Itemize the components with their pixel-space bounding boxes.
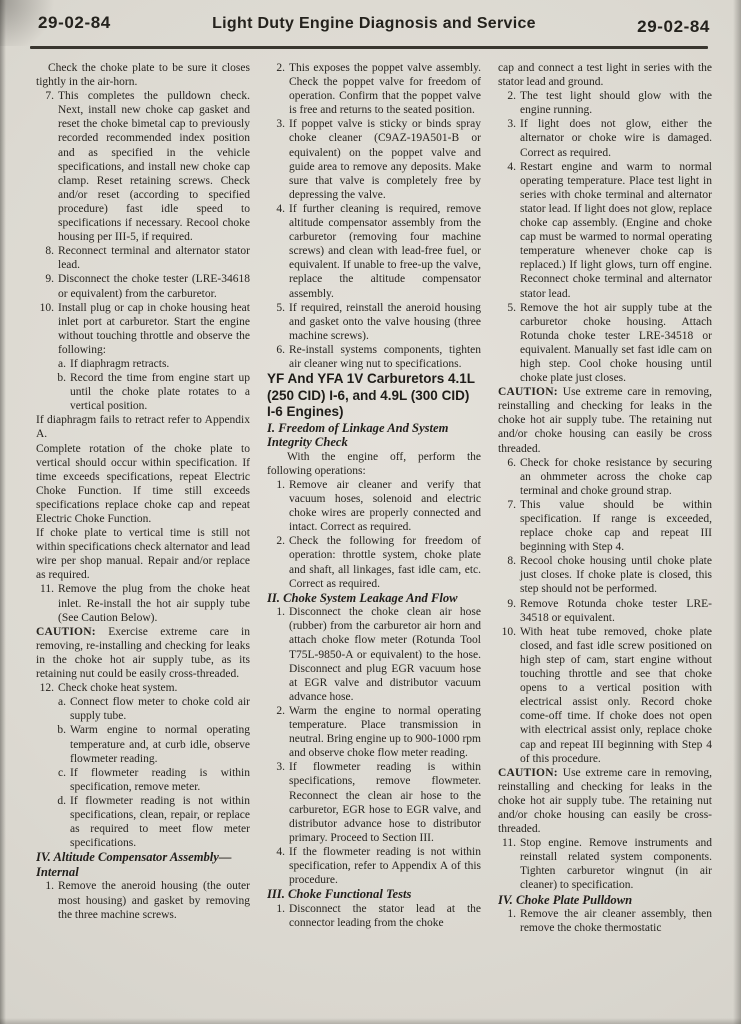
list-text: Remove air cleaner and verify that vacuu…	[289, 478, 481, 534]
list-number: d.	[53, 794, 70, 808]
list-item: 4.If further cleaning is required, remov…	[267, 202, 481, 301]
list-item: 8.Reconnect terminal and alternator stat…	[36, 244, 250, 272]
list-text: Warm the engine to normal operating temp…	[289, 704, 481, 760]
list-number: 3.	[498, 117, 520, 131]
sub-list-item: a.If diaphragm retracts.	[53, 357, 250, 371]
list-number: 11.	[36, 582, 58, 596]
list-item: 1.Remove the aneroid housing (the outer …	[36, 879, 250, 921]
list-text: Check choke heat system.	[58, 681, 250, 695]
list-text: Record the time from engine start up unt…	[70, 371, 250, 413]
list-item: 6.Re-install systems components, tighten…	[267, 343, 481, 371]
text-column-2: 2.This exposes the poppet valve assembly…	[267, 61, 481, 1013]
list-item: 2.Check the following for freedom of ope…	[267, 534, 481, 590]
list-text: Warm engine to normal operating temperat…	[70, 723, 250, 765]
paragraph: Check the choke plate to be sure it clos…	[36, 61, 250, 89]
list-item: 4.Restart engine and warm to normal oper…	[498, 160, 712, 301]
list-text: If flowmeter reading is not within speci…	[70, 794, 250, 850]
list-text: The test light should glow with the engi…	[520, 89, 712, 117]
list-number: 2.	[267, 61, 289, 75]
list-number: 7.	[36, 89, 58, 103]
list-number: c.	[53, 766, 70, 780]
list-number: 5.	[498, 301, 520, 315]
list-number: 1.	[36, 879, 58, 893]
list-text: With heat tube removed, choke plate clos…	[520, 625, 712, 766]
list-item: 5.If required, reinstall the aneroid hou…	[267, 301, 481, 343]
list-text: If further cleaning is required, remove …	[289, 202, 481, 301]
list-text: Stop engine. Remove instruments and rein…	[520, 836, 712, 892]
list-text: If the flowmeter reading is not within s…	[289, 845, 481, 887]
list-text: Check for choke resistance by securing a…	[520, 456, 712, 498]
sub-list-item: b.Warm engine to normal operating temper…	[53, 723, 250, 765]
list-item: 4.If the flowmeter reading is not within…	[267, 845, 481, 887]
caution-note: CAUTION: Use extreme care in removing, r…	[498, 766, 712, 836]
list-number: 6.	[498, 456, 520, 470]
list-number: 8.	[36, 244, 58, 258]
list-number: 7.	[498, 498, 520, 512]
list-item: 11.Remove the plug from the choke heat i…	[36, 582, 250, 624]
section-heading: II. Choke System Leakage And Flow	[267, 591, 481, 606]
text-column-3: cap and connect a test light in series w…	[498, 61, 712, 1013]
list-number: 5.	[267, 301, 289, 315]
list-text: This exposes the poppet valve assembly. …	[289, 61, 481, 117]
list-item: 8.Recool choke housing until choke plate…	[498, 554, 712, 596]
list-text: If diaphragm retracts.	[70, 357, 250, 371]
scan-edge-left	[0, 0, 6, 1024]
page-header: 29-02-84 Light Duty Engine Diagnosis and…	[36, 10, 712, 48]
sub-list-item: b.Record the time from engine start up u…	[53, 371, 250, 413]
paragraph: If choke plate to vertical time is still…	[36, 526, 250, 582]
list-text: Re-install systems components, tighten a…	[289, 343, 481, 371]
list-item: 2.This exposes the poppet valve assembly…	[267, 61, 481, 117]
paragraph: With the engine off, perform the followi…	[267, 450, 481, 478]
list-number: 3.	[267, 760, 289, 774]
list-text: Remove the aneroid housing (the outer mo…	[58, 879, 250, 921]
list-text: Remove the hot air supply tube at the ca…	[520, 301, 712, 386]
list-item: 7.This completes the pulldown check. Nex…	[36, 89, 250, 244]
list-text: Install plug or cap in choke housing hea…	[58, 301, 250, 357]
list-number: 8.	[498, 554, 520, 568]
list-number: b.	[53, 371, 70, 385]
list-number: a.	[53, 357, 70, 371]
list-item: 1.Remove the air cleaner assembly, then …	[498, 907, 712, 935]
list-number: 4.	[267, 845, 289, 859]
list-item: 6.Check for choke resistance by securing…	[498, 456, 712, 498]
list-number: 1.	[267, 902, 289, 916]
list-number: 12.	[36, 681, 58, 695]
list-text: If poppet valve is sticky or binds spray…	[289, 117, 481, 202]
list-number: 1.	[498, 907, 520, 921]
caution-label: CAUTION:	[36, 626, 108, 638]
list-number: b.	[53, 723, 70, 737]
list-number: 1.	[267, 478, 289, 492]
section-heading: IV. Altitude Compensator Assembly—Intern…	[36, 850, 250, 879]
list-number: 4.	[267, 202, 289, 216]
page-title: Light Duty Engine Diagnosis and Service	[126, 15, 622, 33]
list-item: 12.Check choke heat system.	[36, 681, 250, 695]
list-item: 10.With heat tube removed, choke plate c…	[498, 625, 712, 766]
scan-edge-right	[733, 0, 741, 1024]
header-rule	[30, 46, 708, 49]
list-text: If required, reinstall the aneroid housi…	[289, 301, 481, 343]
caution-label: CAUTION:	[498, 767, 563, 779]
sub-list-item: d.If flowmeter reading is not within spe…	[53, 794, 250, 850]
section-heading: IV. Choke Plate Pulldown	[498, 893, 712, 908]
list-item: 3.If poppet valve is sticky or binds spr…	[267, 117, 481, 202]
list-item: 9.Remove Rotunda choke tester LRE-34518 …	[498, 597, 712, 625]
list-text: If light does not glow, either the alter…	[520, 117, 712, 159]
caution-note: CAUTION: Use extreme care in removing, r…	[498, 385, 712, 455]
list-number: 3.	[267, 117, 289, 131]
list-item: 1.Disconnect the stator lead at the conn…	[267, 902, 481, 930]
caution-label: CAUTION:	[498, 386, 563, 398]
section-heading: YF And YFA 1V Carburetors 4.1L (250 CID)…	[267, 371, 481, 421]
list-text: If flowmeter reading is within specifica…	[289, 760, 481, 845]
text-columns: Check the choke plate to be sure it clos…	[36, 61, 714, 1013]
paragraph: cap and connect a test light in series w…	[498, 61, 712, 89]
list-number: a.	[53, 695, 70, 709]
list-number: 9.	[36, 272, 58, 286]
paragraph: If diaphragm fails to retract refer to A…	[36, 413, 250, 441]
list-item: 2.Warm the engine to normal operating te…	[267, 704, 481, 760]
paragraph: Complete rotation of the choke plate to …	[36, 442, 250, 527]
list-number: 2.	[267, 534, 289, 548]
list-text: Recool choke housing until choke plate j…	[520, 554, 712, 596]
list-text: Remove Rotunda choke tester LRE-34518 or…	[520, 597, 712, 625]
page-code-right: 29-02-84	[637, 17, 710, 37]
section-heading: I. Freedom of Linkage And System Integri…	[267, 421, 481, 450]
section-heading: III. Choke Functional Tests	[267, 887, 481, 902]
list-item: 3.If flowmeter reading is within specifi…	[267, 760, 481, 845]
list-text: Connect flow meter to choke cold air sup…	[70, 695, 250, 723]
list-text: Remove the air cleaner assembly, then re…	[520, 907, 712, 935]
list-item: 1.Remove air cleaner and verify that vac…	[267, 478, 481, 534]
sub-list-item: a.Connect flow meter to choke cold air s…	[53, 695, 250, 723]
list-text: Remove the plug from the choke heat inle…	[58, 582, 250, 624]
list-text: Check the following for freedom of opera…	[289, 534, 481, 590]
list-item: 3.If light does not glow, either the alt…	[498, 117, 712, 159]
list-text: Disconnect the choke clean air hose (rub…	[289, 605, 481, 704]
list-number: 4.	[498, 160, 520, 174]
list-text: If flowmeter reading is within specifica…	[70, 766, 250, 794]
page-code-left: 29-02-84	[38, 13, 111, 33]
list-item: 10.Install plug or cap in choke housing …	[36, 301, 250, 357]
text-column-1: Check the choke plate to be sure it clos…	[36, 61, 250, 1013]
list-number: 6.	[267, 343, 289, 357]
list-text: Disconnect the stator lead at the connec…	[289, 902, 481, 930]
scan-edge-bottom	[0, 1018, 741, 1024]
list-text: Disconnect the choke tester (LRE-34618 o…	[58, 272, 250, 300]
list-number: 1.	[267, 605, 289, 619]
list-number: 9.	[498, 597, 520, 611]
list-text: Reconnect terminal and alternator stator…	[58, 244, 250, 272]
list-text: Restart engine and warm to normal operat…	[520, 160, 712, 301]
list-item: 2.The test light should glow with the en…	[498, 89, 712, 117]
list-item: 9.Disconnect the choke tester (LRE-34618…	[36, 272, 250, 300]
caution-note: CAUTION: Exercise extreme care in removi…	[36, 625, 250, 681]
list-text: This completes the pulldown check. Next,…	[58, 89, 250, 244]
list-number: 2.	[498, 89, 520, 103]
list-item: 11.Stop engine. Remove instruments and r…	[498, 836, 712, 892]
list-item: 1.Disconnect the choke clean air hose (r…	[267, 605, 481, 704]
list-text: This value should be within specificatio…	[520, 498, 712, 554]
list-number: 10.	[36, 301, 58, 315]
list-number: 2.	[267, 704, 289, 718]
list-item: 5.Remove the hot air supply tube at the …	[498, 301, 712, 386]
list-number: 11.	[498, 836, 520, 850]
sub-list-item: c.If flowmeter reading is within specifi…	[53, 766, 250, 794]
list-item: 7.This value should be within specificat…	[498, 498, 712, 554]
list-number: 10.	[498, 625, 520, 639]
